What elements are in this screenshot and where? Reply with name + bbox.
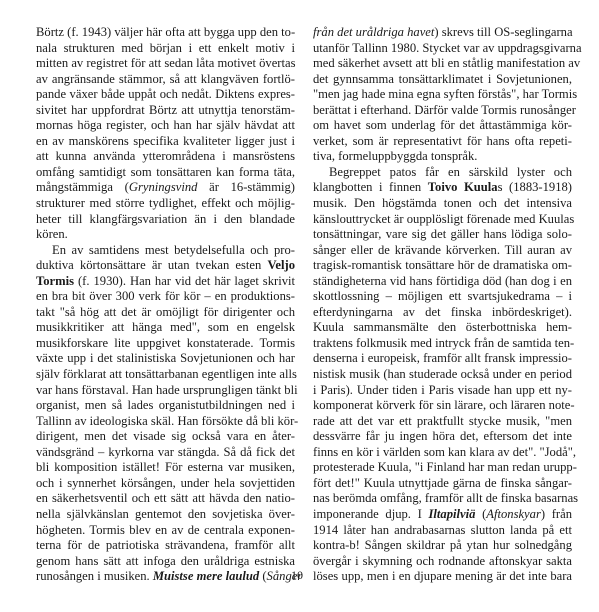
text-run: nas berömda omfång, framför allt de fins…: [313, 491, 578, 505]
text-line: tonsättningar, vare sig det gäller hans …: [313, 227, 572, 243]
right-text-column: från det uråldriga havet) skrevs till OS…: [313, 25, 572, 585]
styled-text: från det uråldriga havet: [313, 25, 434, 39]
text-run: ) skrevs till OS-seglingarna: [434, 25, 572, 39]
text-line: skottlossning – möjligen ett svartsjuked…: [313, 289, 572, 305]
text-line: med säkerhet avsett att bli en ståtlig m…: [313, 56, 572, 72]
text-run: nala strukturen med början i ett enkelt …: [36, 41, 295, 55]
text-line: nistisk musik (han studerade också under…: [313, 367, 572, 383]
text-run: en säkerhetsventil och ett sätt att hävd…: [36, 491, 295, 505]
text-line: vändsgränd – kyrkorna var stängda. Så då…: [36, 445, 295, 461]
document-page: Börtz (f. 1943) väljer här ofta att bygg…: [0, 0, 599, 612]
text-line: klangbotten i finnen Toivo Kuulas (1883-…: [313, 180, 572, 196]
text-run: finns en kör i världen som kan klara av …: [313, 445, 576, 459]
text-line: runosången i musiken. Muistse mere laulu…: [36, 569, 295, 585]
text-line: dessvärre får ju ingen höra det, efterso…: [313, 429, 572, 445]
text-line: själv förklarat att tonsättarbanan egent…: [36, 367, 295, 383]
text-line: tiva, formeluppbyggda tonspråk.: [313, 149, 572, 165]
text-run: om havet som underlag för det åttastämmi…: [313, 118, 572, 132]
text-run: vändsgränd – kyrkorna var stängda. Så då…: [36, 445, 295, 459]
text-line: högheten. Tormis blev en av de centrala …: [36, 523, 295, 539]
styled-text: Veljo: [267, 258, 295, 272]
styled-text: Gryningsvind: [129, 180, 198, 194]
text-line: kontra-b! Sången skildrar på ytan hur so…: [313, 538, 572, 554]
text-line: strukturer med större tydlighet, effekt …: [36, 196, 295, 212]
text-run: komponerat körverk för sin lärare, och l…: [313, 398, 575, 412]
text-line: Tallinn av ideologiska skäl. Han försökt…: [36, 414, 295, 430]
text-line: övergår i skymning och rodnande aftonsky…: [313, 554, 572, 570]
text-run: efterdyningarna av det finska inbördeskr…: [313, 305, 572, 319]
text-run: ) från: [541, 507, 572, 521]
text-line: om havet som underlag för det åttastämmi…: [313, 118, 572, 134]
text-run: musik. Den högstämda tonen och det inten…: [313, 196, 572, 210]
text-line: imponerande djup. I Iltapilviä (Aftonsky…: [313, 507, 572, 523]
text-line: musikkritiker att hänga med", som en eng…: [36, 320, 295, 336]
text-run: är 16-stämmig): [197, 180, 295, 194]
text-run: terna för de patriotiska strävandena, fr…: [36, 538, 295, 552]
text-run: traktens folkmusik med intryck från de s…: [313, 336, 574, 350]
text-run: (: [259, 569, 266, 583]
text-run: det gynnsamma tonsättarklimatet i Sovjet…: [313, 72, 572, 86]
text-run: (: [475, 507, 486, 521]
text-run: i Paris). Under tiden i Paris visade han…: [313, 383, 572, 397]
text-line: protesterade Kuula, "i Finland har man r…: [313, 460, 572, 476]
text-run: protesterade Kuula, "i Finland har man r…: [313, 460, 577, 474]
text-line: växte upp i det stalinistiska Sovjetunio…: [36, 351, 295, 367]
text-line: nas berömda omfång, framför allt de fins…: [313, 491, 572, 507]
text-run: och i synnerhet körsången, under hela so…: [36, 476, 295, 490]
text-line: var hans förstaval. Han hade ursprunglig…: [36, 383, 295, 399]
text-line: nala strukturen med början i ett enkelt …: [36, 41, 295, 57]
text-run: fört det!" Kuula utnyttjade gärna de fin…: [313, 476, 572, 490]
text-line: tragisk-romantisk tonsättare hör de dram…: [313, 258, 572, 274]
text-line: pande växer både uppåt och nedåt. Dikten…: [36, 87, 295, 103]
text-line: berättat i efterhand. Därför valde Tormi…: [313, 103, 572, 119]
text-run: pande växer både uppåt och nedåt. Dikten…: [36, 87, 295, 101]
text-run: mornas höga register, och han har själv …: [36, 118, 295, 132]
text-run: mitten av registret för att sedan låta m…: [36, 56, 295, 70]
text-run: berättat i efterhand. Därför valde Tormi…: [313, 103, 576, 117]
text-line: denserna i europeisk, framför allt frans…: [313, 351, 572, 367]
text-run: övergår i skymning och rodnande aftonsky…: [313, 554, 572, 568]
text-line: en av manskörens specifika kvaliteter li…: [36, 134, 295, 150]
text-line: från det uråldriga havet) skrevs till OS…: [313, 25, 572, 41]
left-text-column: Börtz (f. 1943) väljer här ofta att bygg…: [36, 25, 295, 585]
text-run: heter till klangfärgsvariation än i den …: [36, 212, 295, 226]
text-run: (f. 1930). Han har vid det här laget skr…: [74, 274, 295, 288]
text-run: bli komposition istället! För esterna va…: [36, 460, 295, 474]
text-line: i Paris). Under tiden i Paris visade han…: [313, 383, 572, 399]
text-run: nistisk musik (han studerade också under…: [313, 367, 572, 381]
text-line: det gynnsamma tonsättarklimatet i Sovjet…: [313, 72, 572, 88]
text-line: bli komposition istället! För esterna va…: [36, 460, 295, 476]
text-run: kören.: [36, 227, 68, 241]
text-line: takt "så hög att det är omöjligt för dir…: [36, 305, 295, 321]
text-line: mitten av registret för att sedan låta m…: [36, 56, 295, 72]
text-line: heter till klangfärgsvariation än i den …: [36, 212, 295, 228]
text-line: en säkerhetsventil och ett sätt att hävd…: [36, 491, 295, 507]
text-line: verket, som är representativt för hans o…: [313, 134, 572, 150]
text-line: mångstämmiga (Gryningsvind är 16-stämmig…: [36, 180, 295, 196]
text-run: strukturer med större tydlighet, effekt …: [36, 196, 295, 210]
text-run: duktiva körtonsättare är utan tvekan est…: [36, 258, 267, 272]
text-line: löses upp, men i en djupare mening är de…: [313, 569, 572, 585]
text-line: musik. Den högstämda tonen och det inten…: [313, 196, 572, 212]
text-run: skottlossning – möjligen ett svartsjuked…: [313, 289, 572, 303]
text-line: terna för de patriotiska strävandena, fr…: [36, 538, 295, 554]
text-line: genom hans sätt att infoga den uråldriga…: [36, 554, 295, 570]
text-run: växte upp i det stalinistiska Sovjetunio…: [36, 351, 295, 365]
text-line: sivitet har uppfordrat Börtz att utnyttj…: [36, 103, 295, 119]
text-line: utanför Tallinn 1980. Stycket var av upp…: [313, 41, 572, 57]
styled-text: Tormis: [36, 274, 74, 288]
text-run: Börtz (f. 1943) väljer här ofta att bygg…: [36, 25, 295, 39]
text-run: takt "så hög att det är omöjligt för dir…: [36, 305, 295, 319]
text-line: omfång samtidigt som tonsättaren kan for…: [36, 165, 295, 181]
text-run: kontra-b! Sången skildrar på ytan hur so…: [313, 538, 572, 552]
text-line: Börtz (f. 1943) väljer här ofta att bygg…: [36, 25, 295, 41]
text-run: rade att det var ett praktfullt stycke m…: [313, 414, 572, 428]
text-run: Begreppet patos får en särskild lyster o…: [329, 165, 572, 179]
text-line: efterdyningarna av det finska inbördeskr…: [313, 305, 572, 321]
text-line: dirigent, men det visade sig också vara …: [36, 429, 295, 445]
text-line: kören.: [36, 227, 295, 243]
text-line: en bra bit över 300 verk för kör – en pr…: [36, 289, 295, 305]
text-run: imponerande djup. I: [313, 507, 429, 521]
text-run: tiva, formeluppbyggda tonspråk.: [313, 149, 477, 163]
text-run: musikkritiker att hänga med", som en eng…: [36, 320, 295, 334]
text-run: verket, som är representativt för hans o…: [313, 134, 572, 148]
text-line: nella självkänslan gentemot den sovjetis…: [36, 507, 295, 523]
text-line: och i synnerhet körsången, under hela so…: [36, 476, 295, 492]
text-line: känslouttrycket är oupplösligt förenade …: [313, 212, 572, 228]
text-run: denserna i europeisk, framför allt frans…: [313, 351, 572, 365]
styled-text: Iltapilviä: [429, 507, 476, 521]
text-line: musikforskare lite uppgivet konstaterade…: [36, 336, 295, 352]
text-line: av angränsande stämmor, så att klangväve…: [36, 72, 295, 88]
text-run: högheten. Tormis blev en av de centrala …: [36, 523, 295, 537]
text-run: Tallinn av ideologiska skäl. Han försökt…: [36, 414, 298, 428]
text-run: var hans förstaval. Han hade ursprunglig…: [36, 383, 298, 397]
text-line: "men jag hade mina egna syften förstås",…: [313, 87, 572, 103]
styled-text: Muistse mere laulud: [153, 569, 259, 583]
text-line: En av samtidens mest betydelsefulla och …: [36, 243, 295, 259]
text-line: rade att det var ett praktfullt stycke m…: [313, 414, 572, 430]
text-run: dessvärre får ju ingen höra det, efterso…: [313, 429, 572, 443]
text-run: nella självkänslan gentemot den sovjetis…: [36, 507, 295, 521]
text-run: sånger eller de krävande körverken. Till…: [313, 243, 572, 257]
text-run: löses upp, men i en djupare mening är de…: [313, 569, 572, 583]
text-run: omfång samtidigt som tonsättaren kan for…: [36, 165, 295, 179]
text-run: "men jag hade mina egna syften förstås",…: [313, 87, 577, 101]
styled-text: Aftonskyar: [486, 507, 541, 521]
text-run: mångstämmiga (: [36, 180, 129, 194]
text-run: ständigheterna vid hans förtidiga död (h…: [313, 274, 572, 288]
text-line: att kunna använda ytterområdena i mansrö…: [36, 149, 295, 165]
text-run: utanför Tallinn 1980. Stycket var av upp…: [313, 41, 582, 55]
text-run: känslouttrycket är oupplösligt förenade …: [313, 212, 574, 226]
text-run: en av manskörens specifika kvaliteter li…: [36, 134, 295, 148]
text-run: dirigent, men det visade sig också vara …: [36, 429, 295, 443]
text-run: tonsättningar, vare sig det gäller hans …: [313, 227, 572, 241]
text-run: sivitet har uppfordrat Börtz att utnyttj…: [36, 103, 295, 117]
text-run: En av samtidens mest betydelsefulla och …: [52, 243, 295, 257]
text-run: klangbotten i finnen: [313, 180, 428, 194]
text-run: tragisk-romantisk tonsättare hör de dram…: [313, 258, 572, 272]
text-line: fört det!" Kuula utnyttjade gärna de fin…: [313, 476, 572, 492]
styled-text: Toivo Kuula: [428, 180, 498, 194]
text-run: organist, men så lades organistutbildnin…: [36, 398, 295, 412]
text-run: en bra bit över 300 verk för kör – en pr…: [36, 289, 295, 303]
text-line: Kuula sammansmälte den österbottniska he…: [313, 320, 572, 336]
text-line: Tormis (f. 1930). Han har vid det här la…: [36, 274, 295, 290]
page-number: 10: [291, 568, 303, 583]
text-run: av angränsande stämmor, så att klangväve…: [36, 72, 295, 86]
text-run: själv förklarat att tonsättarbanan egent…: [36, 367, 297, 381]
text-run: genom hans sätt att infoga den uråldriga…: [36, 554, 295, 568]
text-line: traktens folkmusik med intryck från de s…: [313, 336, 572, 352]
text-run: s (1883-1918): [498, 180, 572, 194]
text-run: med säkerhet avsett att bli en ståtlig m…: [313, 56, 580, 70]
text-line: 1914 låter han andrabasarnas slutton lan…: [313, 523, 572, 539]
text-line: duktiva körtonsättare är utan tvekan est…: [36, 258, 295, 274]
text-line: finns en kör i världen som kan klara av …: [313, 445, 572, 461]
text-run: runosången i musiken.: [36, 569, 153, 583]
text-line: Begreppet patos får en särskild lyster o…: [313, 165, 572, 181]
text-line: organist, men så lades organistutbildnin…: [36, 398, 295, 414]
text-run: Kuula sammansmälte den österbottniska he…: [313, 320, 572, 334]
text-run: att kunna använda ytterområdena i mansrö…: [36, 149, 295, 163]
text-line: sånger eller de krävande körverken. Till…: [313, 243, 572, 259]
text-line: komponerat körverk för sin lärare, och l…: [313, 398, 572, 414]
text-line: mornas höga register, och han har själv …: [36, 118, 295, 134]
text-run: musikforskare lite uppgivet konstaterade…: [36, 336, 295, 350]
text-line: ständigheterna vid hans förtidiga död (h…: [313, 274, 572, 290]
text-run: 1914 låter han andrabasarnas slutton lan…: [313, 523, 572, 537]
